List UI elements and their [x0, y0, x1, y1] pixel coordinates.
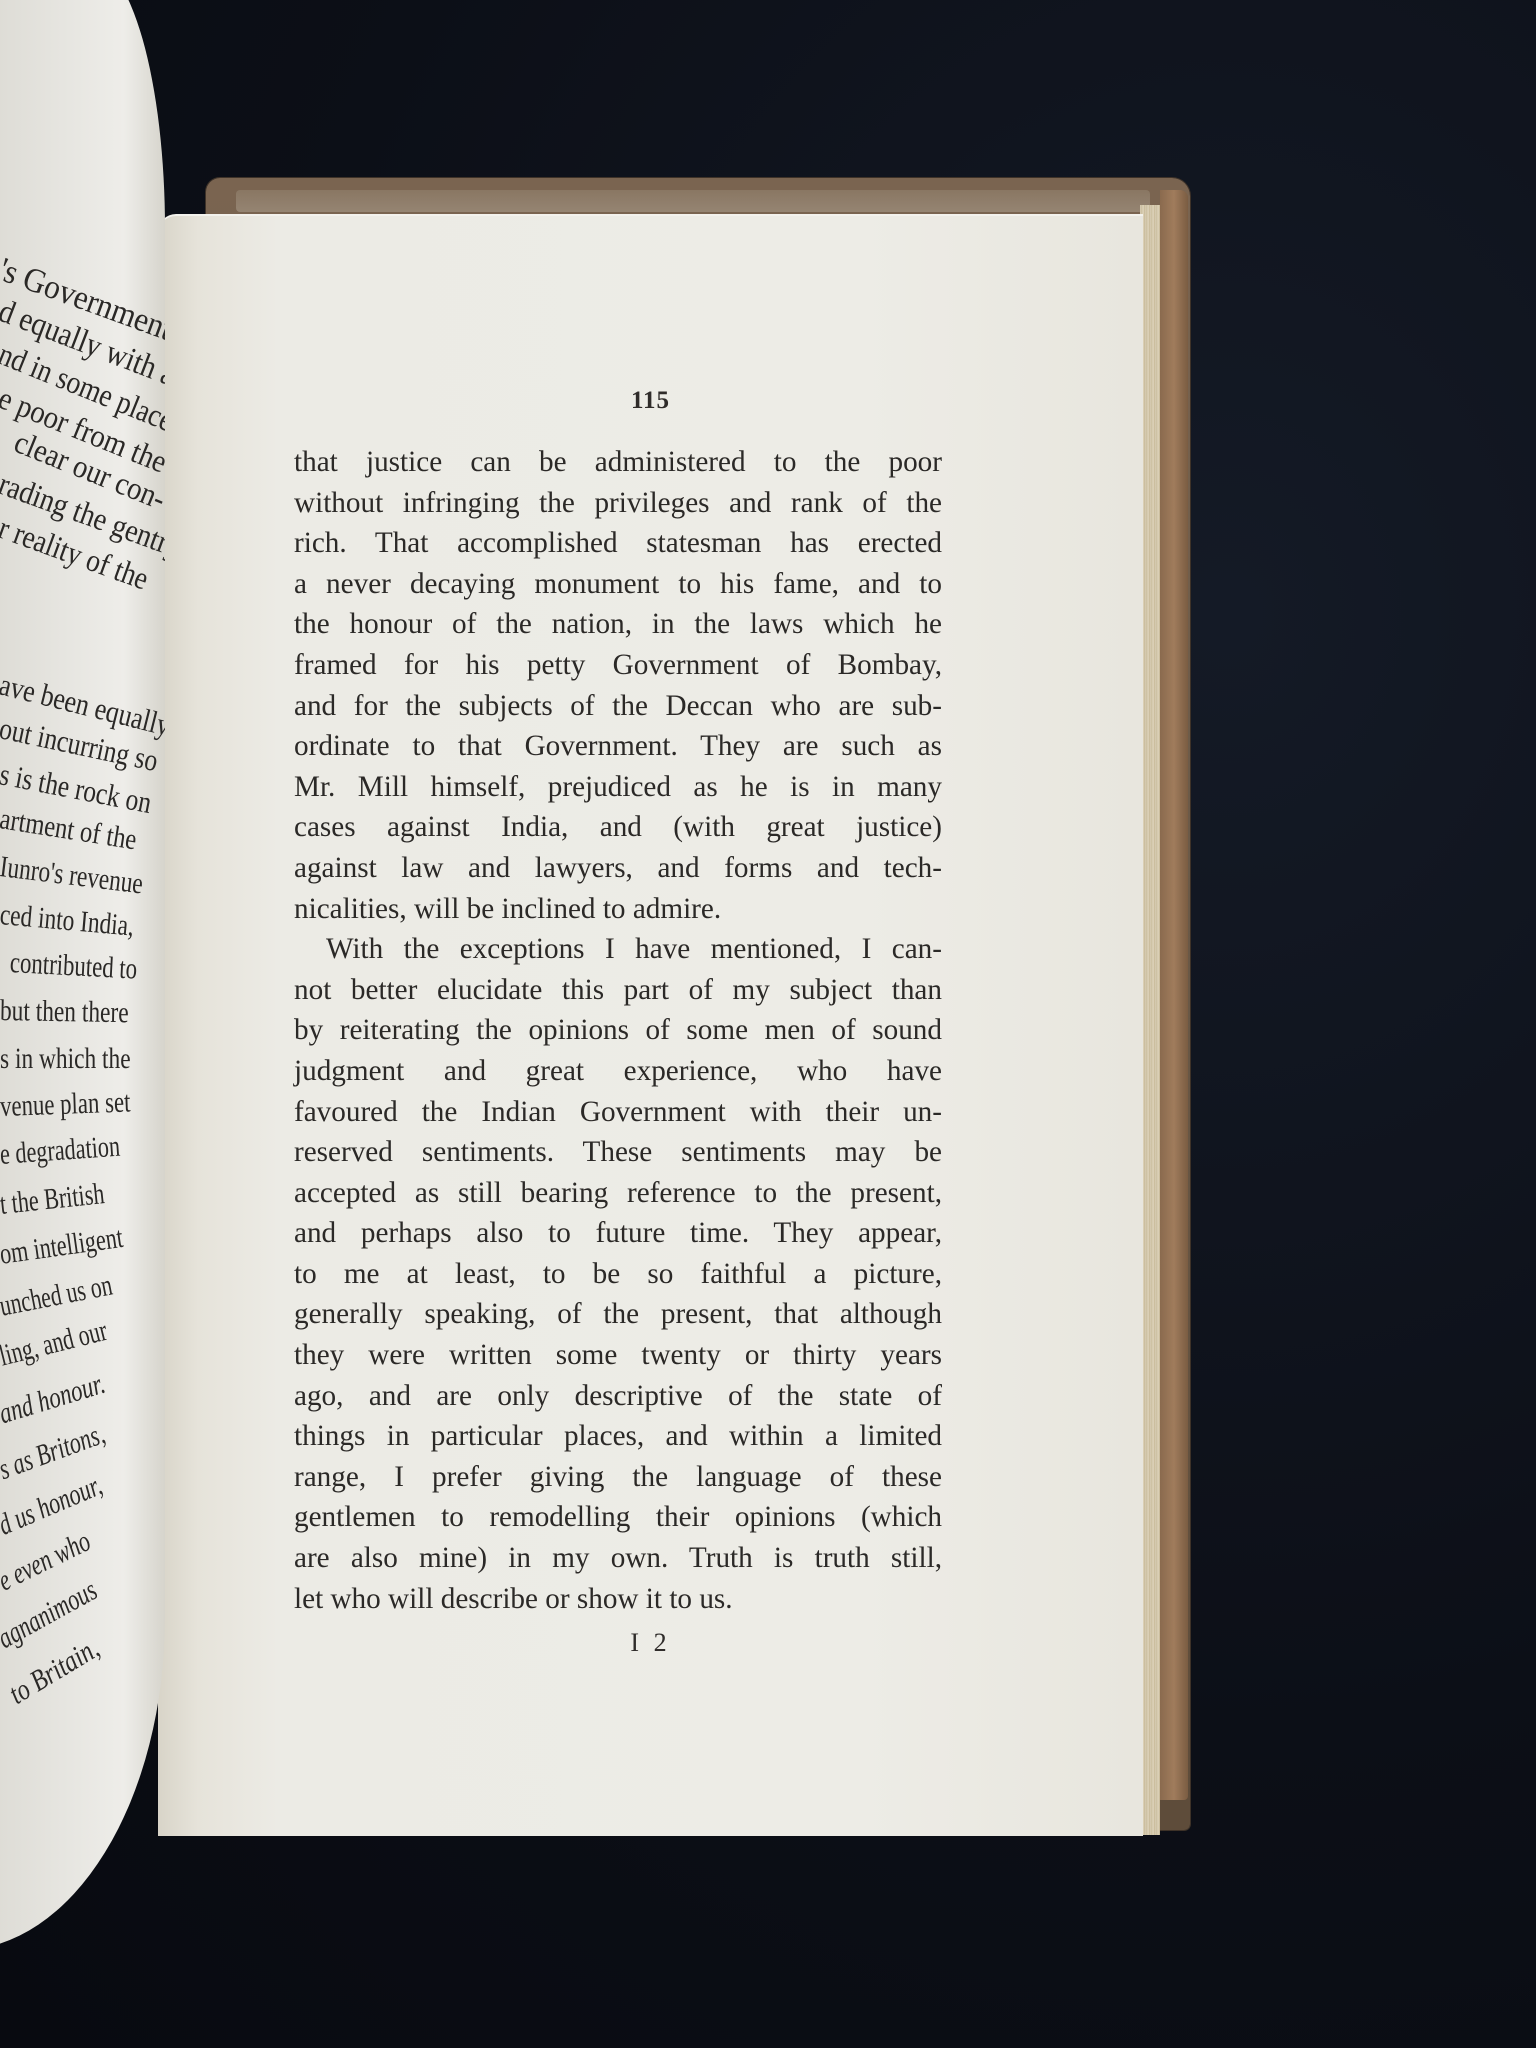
text-line: Mr. Mill himself, prejudiced as he is in…: [294, 767, 942, 808]
text-line: cases against India, and (with great jus…: [294, 807, 942, 848]
text-line: and for the subjects of the Deccan who a…: [294, 686, 942, 727]
cover-wear: [236, 190, 1150, 212]
signature-mark: I 2: [158, 1628, 1143, 1658]
text-line: range, I prefer giving the language of t…: [294, 1457, 942, 1498]
right-page: 115 that justice can be administered to …: [158, 214, 1143, 1836]
text-line: ago, and are only descriptive of the sta…: [294, 1376, 942, 1417]
text-line: reserved sentiments. These sentiments ma…: [294, 1132, 942, 1173]
text-line: favoured the Indian Government with thei…: [294, 1092, 942, 1133]
text-line: rich. That accomplished statesman has er…: [294, 523, 942, 564]
text-line: the honour of the nation, in the laws wh…: [294, 604, 942, 645]
text-fragment: ced into India,: [0, 898, 135, 944]
book-board-edge: [1160, 190, 1188, 1800]
text-line: are also mine) in my own. Truth is truth…: [294, 1538, 942, 1579]
text-fragment: e degradation: [0, 1130, 121, 1172]
text-line: let who will describe or show it to us.: [294, 1579, 942, 1620]
text-line: not better elucidate this part of my sub…: [294, 970, 942, 1011]
text-line: to me at least, to be so faithful a pict…: [294, 1254, 942, 1295]
text-line: they were written some twenty or thirty …: [294, 1335, 942, 1376]
text-fragment: ling, and our: [0, 1314, 111, 1374]
page-number: 115: [158, 387, 1143, 415]
text-line: nicalities, will be inclined to admire.: [294, 889, 942, 930]
text-line: ordinate to that Government. They are su…: [294, 726, 942, 767]
text-line: gentlemen to remodelling their opinions …: [294, 1497, 942, 1538]
text-line: without infringing the privileges and ra…: [294, 483, 942, 524]
left-page: 's Government, it d equally with all nd …: [0, 0, 165, 1950]
text-fragment: s in which the: [0, 1042, 131, 1076]
page-fore-edge: [1140, 205, 1160, 1835]
text-fragment: Iunro's revenue: [0, 850, 145, 901]
paragraph-start-line: With the exceptions I have mentioned, I …: [294, 929, 942, 970]
text-line: judgment and great experience, who have: [294, 1051, 942, 1092]
text-line: that justice can be administered to the …: [294, 442, 942, 483]
text-line: things in particular places, and within …: [294, 1416, 942, 1457]
text-fragment: venue plan set: [0, 1085, 131, 1124]
text-line: accepted as still bearing reference to t…: [294, 1173, 942, 1214]
text-fragment: om intelligent: [0, 1221, 125, 1272]
text-line: a never decaying monument to his fame, a…: [294, 564, 942, 605]
text-fragment: contributed to: [9, 946, 138, 987]
page-body-text: that justice can be administered to the …: [294, 442, 942, 1619]
text-line: framed for his petty Government of Bomba…: [294, 645, 942, 686]
text-line: generally speaking, of the present, that…: [294, 1294, 942, 1335]
text-line: against law and lawyers, and forms and t…: [294, 848, 942, 889]
text-fragment: t the British: [0, 1177, 106, 1222]
left-page-text-fragments: 's Government, it d equally with all nd …: [0, 0, 165, 1950]
text-fragment: but then there: [0, 994, 129, 1030]
text-line: by reiterating the opinions of some men …: [294, 1010, 942, 1051]
text-line: and perhaps also to future time. They ap…: [294, 1213, 942, 1254]
